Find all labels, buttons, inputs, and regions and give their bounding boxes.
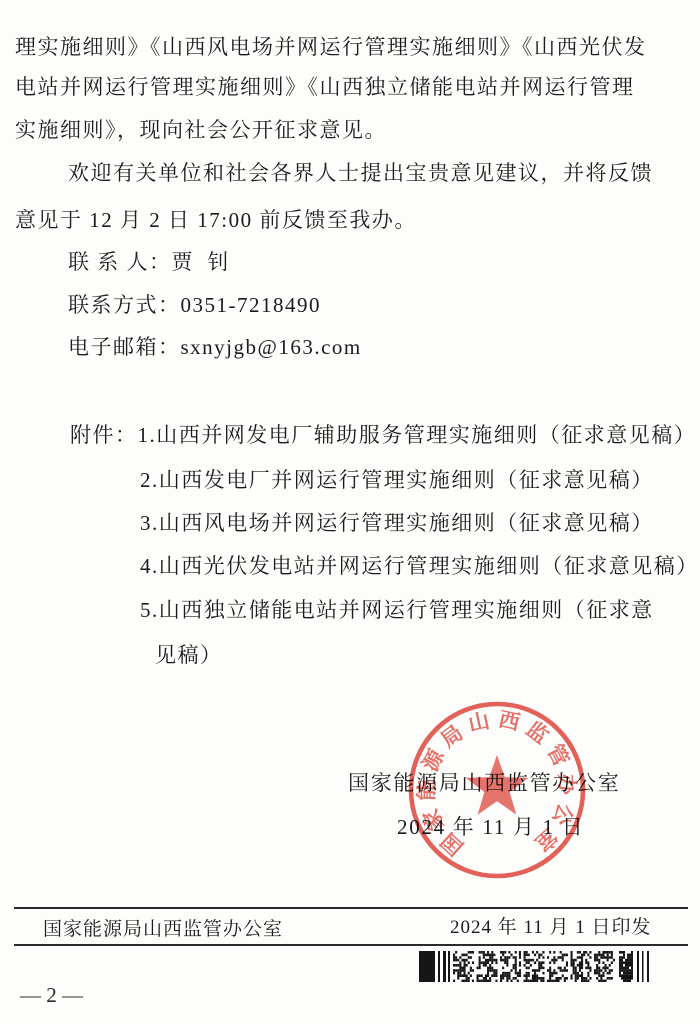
- document-page: 理实施细则》《山西风电场并网运行管理实施细则》《山西光伏发 电站并网运行管理实施…: [0, 0, 700, 1024]
- footer-org: 国家能源局山西监管办公室: [43, 917, 283, 943]
- footer-rule-bottom: [14, 944, 688, 946]
- contact-email-line: 电子邮箱：sxnyjgb@163.com: [68, 332, 362, 362]
- footer-rule-top: [14, 907, 688, 909]
- contact-person-line: 联 系 人：贾 钊: [68, 247, 230, 277]
- document-barcode: [419, 951, 652, 982]
- attachment-line-5-wrap: 见稿）: [155, 640, 223, 670]
- attachment-line-5: 5.山西独立储能电站并网运行管理实施细则（征求意: [140, 595, 654, 625]
- body-paragraph1-line1: 理实施细则》《山西风电场并网运行管理实施细则》《山西光伏发: [15, 32, 647, 62]
- official-seal-stamp: 国家能源局山西监管办公室: [402, 695, 592, 885]
- page-number: — 2 —: [20, 980, 83, 1010]
- body-paragraph1-line3: 实施细则》，现向社会公开征求意见。: [15, 115, 387, 145]
- contact-phone-line: 联系方式：0351-7218490: [68, 290, 321, 320]
- attachment-line-1: 附件：1.山西并网发电厂辅助服务管理实施细则（征求意见稿）: [70, 420, 696, 450]
- body-paragraph1-line2: 电站并网运行管理实施细则》《山西独立储能电站并网运行管理: [15, 72, 635, 102]
- footer-print-date: 2024 年 11 月 1 日印发: [450, 915, 652, 941]
- body-paragraph2-line2: 意见于 12 月 2 日 17:00 前反馈至我办。: [15, 205, 417, 235]
- attachment-line-4: 4.山西光伏发电站并网运行管理实施细则（征求意见稿）: [140, 551, 699, 581]
- attachment-line-2: 2.山西发电厂并网运行管理实施细则（征求意见稿）: [140, 465, 654, 495]
- body-paragraph2-line1: 欢迎有关单位和社会各界人士提出宝贵意见建议，并将反馈: [68, 158, 653, 188]
- attachment-line-3: 3.山西风电场并网运行管理实施细则（征求意见稿）: [140, 508, 654, 538]
- star-icon: [466, 755, 529, 815]
